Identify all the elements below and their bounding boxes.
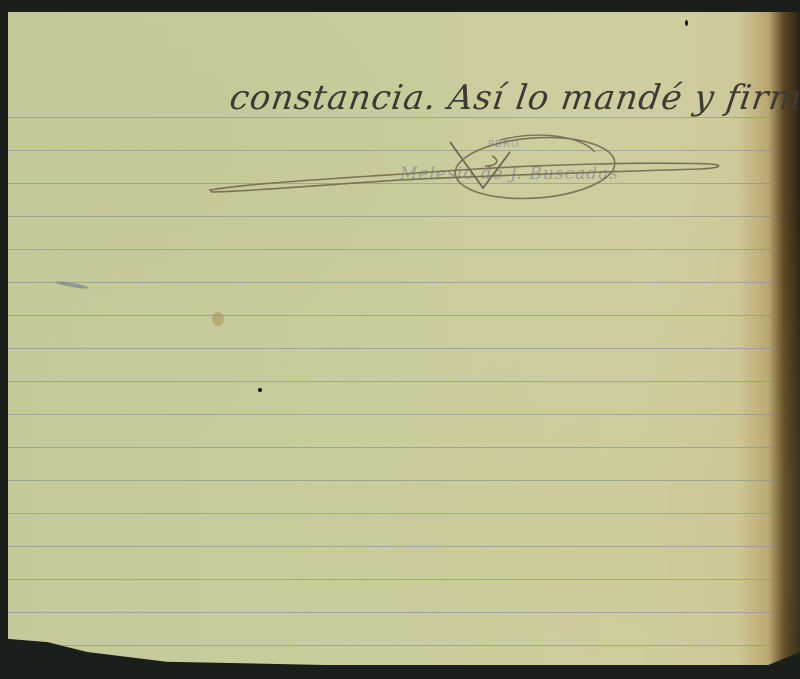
ruled-line xyxy=(8,579,776,580)
ruled-line xyxy=(8,348,776,349)
ink-dot xyxy=(258,388,262,392)
ruled-line xyxy=(8,513,776,514)
ruled-line xyxy=(8,645,776,646)
ruled-line xyxy=(8,612,776,613)
ruled-line xyxy=(8,315,776,316)
stain-mark xyxy=(212,312,224,326)
signature-flourish xyxy=(200,130,740,210)
ruled-line xyxy=(8,282,776,283)
handwritten-line: constancia. Así lo mandé y firmé. xyxy=(227,78,800,118)
ruled-line xyxy=(8,414,776,415)
ruled-line xyxy=(8,249,776,250)
ruled-line xyxy=(8,381,776,382)
ruled-line xyxy=(8,480,776,481)
ruled-line xyxy=(8,546,776,547)
ruled-line xyxy=(8,216,776,217)
ink-dot xyxy=(685,20,688,26)
ruled-line xyxy=(8,447,776,448)
